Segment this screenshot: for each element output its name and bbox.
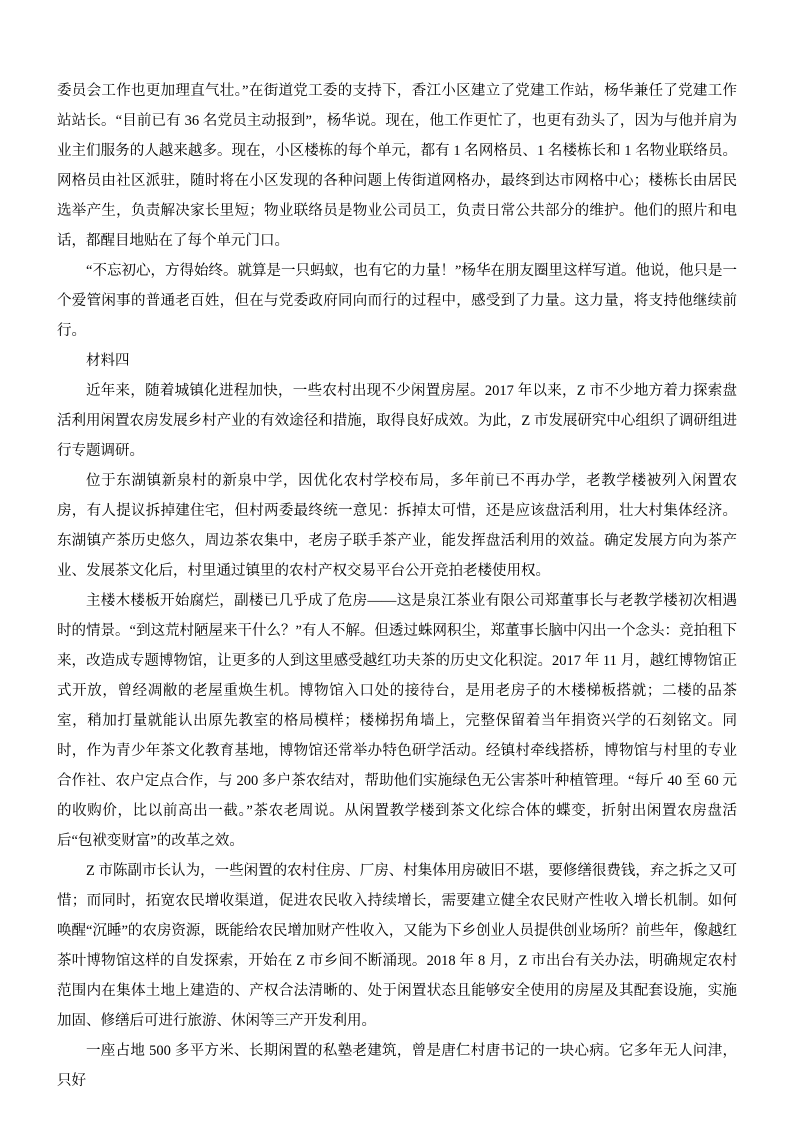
paragraph: “不忘初心，方得始终。就算是一只蚂蚁，也有它的力量！”杨华在朋友圈里这样写道。他… — [57, 256, 737, 346]
paragraph: 材料四 — [57, 346, 737, 376]
paragraph: 一座占地 500 多平方米、长期闲置的私塾老建筑，曾是唐仁村唐书记的一块心病。它… — [57, 1036, 737, 1096]
paragraph: 位于东湖镇新泉村的新泉中学，因优化农村学校布局，多年前已不再办学，老教学楼被列入… — [57, 466, 737, 586]
paragraph: 委员会工作也更加理直气壮。”在街道党工委的支持下，香江小区建立了党建工作站，杨华… — [57, 76, 737, 256]
paragraph: 近年来，随着城镇化进程加快，一些农村出现不少闲置房屋。2017 年以来，Z 市不… — [57, 376, 737, 466]
document-body: 委员会工作也更加理直气壮。”在街道党工委的支持下，香江小区建立了党建工作站，杨华… — [57, 76, 737, 1096]
paragraph: 主楼木楼板开始腐烂，副楼已几乎成了危房——这是泉江茶业有限公司郑董事长与老教学楼… — [57, 586, 737, 856]
document-page: 委员会工作也更加理直气壮。”在街道党工委的支持下，香江小区建立了党建工作站，杨华… — [0, 0, 794, 1122]
paragraph: Z 市陈副市长认为，一些闲置的农村住房、厂房、村集体用房破旧不堪，要修缮很费钱，… — [57, 856, 737, 1036]
